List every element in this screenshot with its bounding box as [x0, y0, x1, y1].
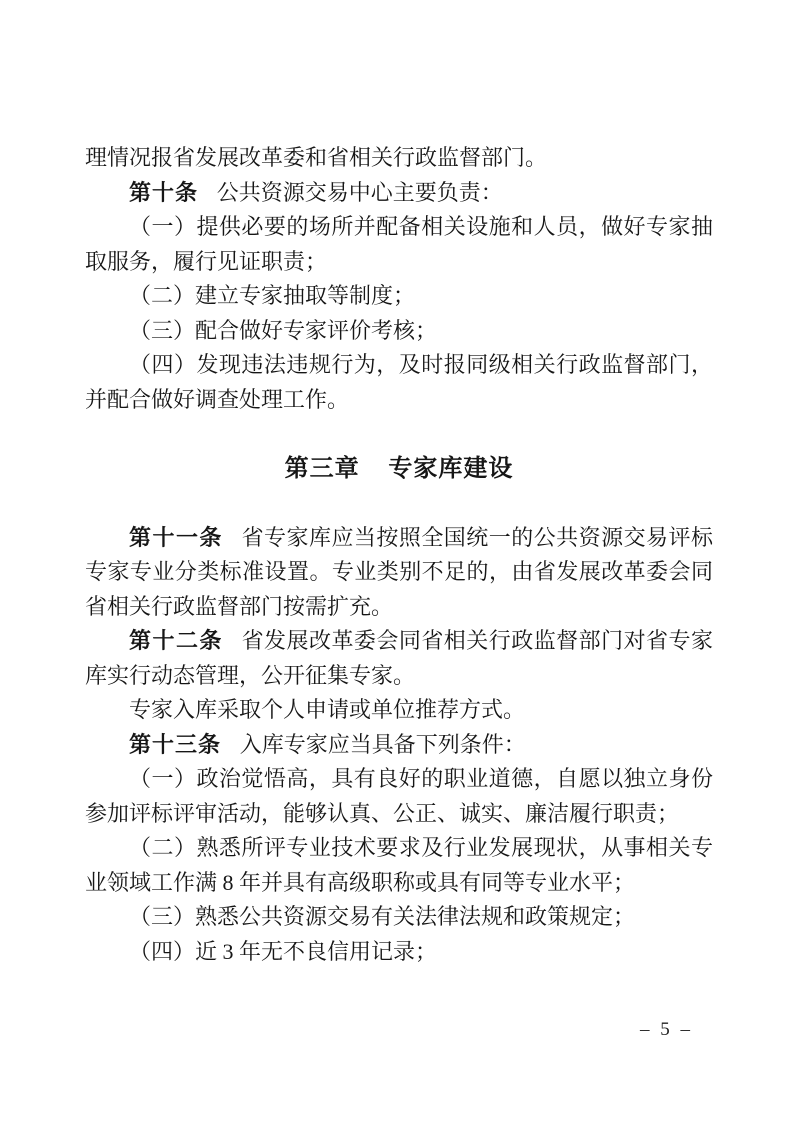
paragraph: 理情况报省发展改革委和省相关行政监督部门。	[85, 141, 713, 176]
paragraph: （四）发现违法违规行为，及时报同级相关行政监督部门，并配合做好调查处理工作。	[85, 348, 713, 417]
paragraph-text: （一）政治觉悟高，具有良好的职业道德，自愿以独立身份参加评标评审活动，能够认真、…	[85, 766, 713, 826]
paragraph: （三）配合做好专家评价考核；	[85, 314, 713, 349]
paragraph-text: 入库专家应当具备下列条件：	[240, 732, 526, 757]
paragraph-text: （一）提供必要的场所并配备相关设施和人员，做好专家抽取服务，履行见证职责；	[85, 214, 713, 274]
article-number: 第十二条	[129, 628, 223, 653]
paragraph: （一）提供必要的场所并配备相关设施和人员，做好专家抽取服务，履行见证职责；	[85, 210, 713, 279]
paragraph-text: （二）熟悉所评专业技术要求及行业发展现状，从事相关专业领域工作满 8 年并具有高…	[85, 835, 713, 895]
chapter-title: 专家库建设	[388, 455, 513, 482]
paragraph-text: 公共资源交易中心主要负责：	[217, 180, 503, 205]
paragraph-text: （四）发现违法违规行为，及时报同级相关行政监督部门，并配合做好调查处理工作。	[85, 352, 713, 412]
paragraph-text: （三）熟悉公共资源交易有关法律法规和政策规定；	[129, 904, 635, 929]
paragraph-text: （三）配合做好专家评价考核；	[129, 318, 437, 343]
paragraph-text: 专家入库采取个人申请或单位推荐方式。	[129, 697, 525, 722]
article-number: 第十一条	[129, 525, 223, 550]
paragraph-text: 理情况报省发展改革委和省相关行政监督部门。	[85, 145, 547, 170]
paragraph: （一）政治觉悟高，具有良好的职业道德，自愿以独立身份参加评标评审活动，能够认真、…	[85, 762, 713, 831]
paragraph-text: （二）建立专家抽取等制度；	[129, 283, 415, 308]
paragraph: 第十条公共资源交易中心主要负责：	[85, 176, 713, 211]
chapter-heading: 第三章专家库建设	[85, 452, 713, 487]
paragraph: （四）近 3 年无不良信用记录；	[85, 935, 713, 970]
paragraph: 第十二条省发展改革委会同省相关行政监督部门对省专家库实行动态管理，公开征集专家。	[85, 624, 713, 693]
paragraph: 第十三条入库专家应当具备下列条件：	[85, 728, 713, 763]
article-number: 第十三条	[129, 732, 221, 757]
paragraph-text: （四）近 3 年无不良信用记录；	[129, 939, 437, 964]
paragraph: （二）熟悉所评专业技术要求及行业发展现状，从事相关专业领域工作满 8 年并具有高…	[85, 831, 713, 900]
paragraph: 专家入库采取个人申请或单位推荐方式。	[85, 693, 713, 728]
document-body: 理情况报省发展改革委和省相关行政监督部门。 第十条公共资源交易中心主要负责： （…	[85, 141, 713, 969]
paragraph: （二）建立专家抽取等制度；	[85, 279, 713, 314]
document-page: 理情况报省发展改革委和省相关行政监督部门。 第十条公共资源交易中心主要负责： （…	[0, 0, 793, 1122]
paragraph: （三）熟悉公共资源交易有关法律法规和政策规定；	[85, 900, 713, 935]
page-number: – 5 –	[640, 1019, 693, 1041]
paragraph: 第十一条省专家库应当按照全国统一的公共资源交易评标专家专业分类标准设置。专业类别…	[85, 521, 713, 625]
chapter-number: 第三章	[285, 455, 360, 482]
article-number: 第十条	[129, 180, 198, 205]
